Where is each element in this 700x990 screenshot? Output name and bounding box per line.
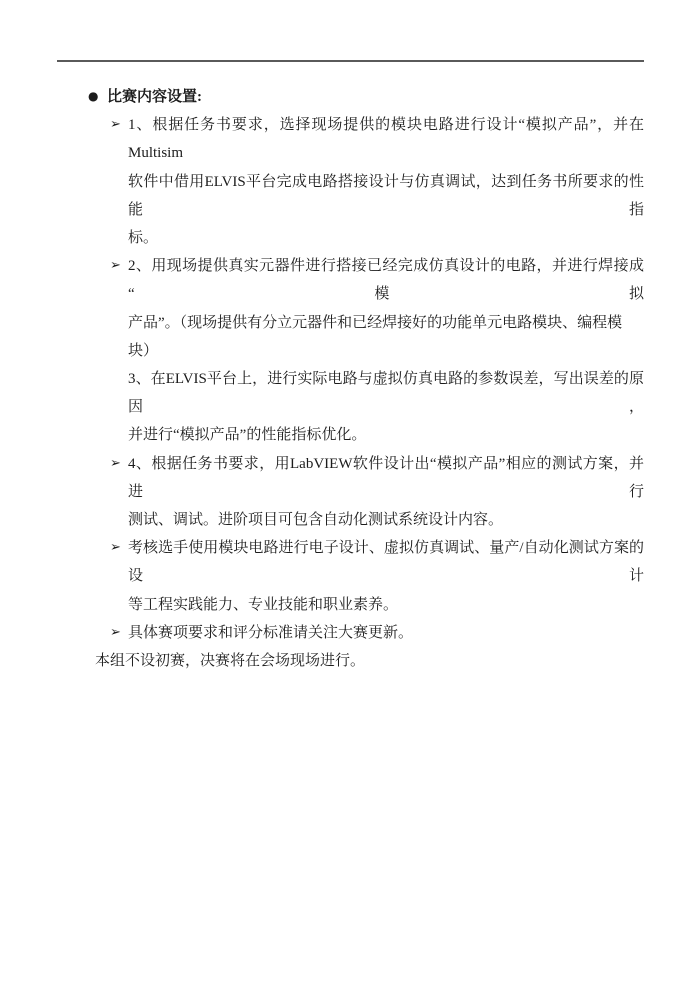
text-line: 软件中借用ELVIS平台完成电路搭接设计与仿真调试，达到任务书所要求的性能指 (128, 168, 644, 224)
list-item-5: ➢ 具体赛项要求和评分标准请关注大赛更新。 (0, 619, 700, 647)
section-heading-text: 比赛内容设置: (107, 89, 202, 105)
arrow-bullet-icon: ➢ (110, 252, 128, 449)
list-item-5-text: 具体赛项要求和评分标准请关注大赛更新。 (128, 619, 644, 647)
header-divider-rule (57, 60, 644, 62)
arrow-bullet-icon: ➢ (110, 534, 128, 619)
document-content: ●比赛内容设置: ➢ 1、根据任务书要求，选择现场提供的模块电路进行设计“模拟产… (0, 82, 700, 675)
document-page: ●比赛内容设置: ➢ 1、根据任务书要求，选择现场提供的模块电路进行设计“模拟产… (0, 0, 700, 990)
text-line: 标。 (128, 224, 644, 252)
list-item-3-text: 4、根据任务书要求，用LabVIEW软件设计出“模拟产品”相应的测试方案，并进行… (128, 450, 644, 535)
text-line: 2、用现场提供真实元器件进行搭接已经完成仿真设计的电路，并进行焊接成“模拟 (128, 252, 644, 308)
list-item-4: ➢ 考核选手使用模块电路进行电子设计、虚拟仿真调试、量产/自动化测试方案的设计 … (0, 534, 700, 619)
list-item-2: ➢ 2、用现场提供真实元器件进行搭接已经完成仿真设计的电路，并进行焊接成“模拟 … (0, 252, 700, 449)
list-item-2-text: 2、用现场提供真实元器件进行搭接已经完成仿真设计的电路，并进行焊接成“模拟 产品… (128, 252, 644, 449)
text-line: 考核选手使用模块电路进行电子设计、虚拟仿真调试、量产/自动化测试方案的设计 (128, 534, 644, 590)
text-line: 4、根据任务书要求，用LabVIEW软件设计出“模拟产品”相应的测试方案，并进行 (128, 450, 644, 506)
arrow-bullet-icon: ➢ (110, 450, 128, 535)
arrow-bullet-icon: ➢ (110, 111, 128, 252)
list-item-4-text: 考核选手使用模块电路进行电子设计、虚拟仿真调试、量产/自动化测试方案的设计 等工… (128, 534, 644, 619)
arrow-bullet-icon: ➢ (110, 619, 128, 647)
text-line: 等工程实践能力、专业技能和职业素养。 (128, 591, 644, 619)
text-line: 3、在ELVIS平台上，进行实际电路与虚拟仿真电路的参数误差，写出误差的原因， (128, 365, 644, 421)
closing-line: 本组不设初赛，决赛将在会场现场进行。 (0, 647, 700, 675)
text-line: 1、根据任务书要求，选择现场提供的模块电路进行设计“模拟产品”，并在Multis… (128, 111, 644, 167)
text-line: 产品”。（现场提供有分立元器件和已经焊接好的功能单元电路模块、编程模块） (128, 309, 644, 365)
list-item-1: ➢ 1、根据任务书要求，选择现场提供的模块电路进行设计“模拟产品”，并在Mult… (0, 111, 700, 252)
text-line: 测试、调试。进阶项目可包含自动化测试系统设计内容。 (128, 506, 644, 534)
section-heading: ●比赛内容设置: (0, 82, 700, 111)
text-line: 具体赛项要求和评分标准请关注大赛更新。 (128, 619, 644, 647)
list-item-1-text: 1、根据任务书要求，选择现场提供的模块电路进行设计“模拟产品”，并在Multis… (128, 111, 644, 252)
list-item-3: ➢ 4、根据任务书要求，用LabVIEW软件设计出“模拟产品”相应的测试方案，并… (0, 450, 700, 535)
filled-circle-bullet-icon: ● (88, 82, 107, 110)
text-line: 并进行“模拟产品”的性能指标优化。 (128, 421, 644, 449)
